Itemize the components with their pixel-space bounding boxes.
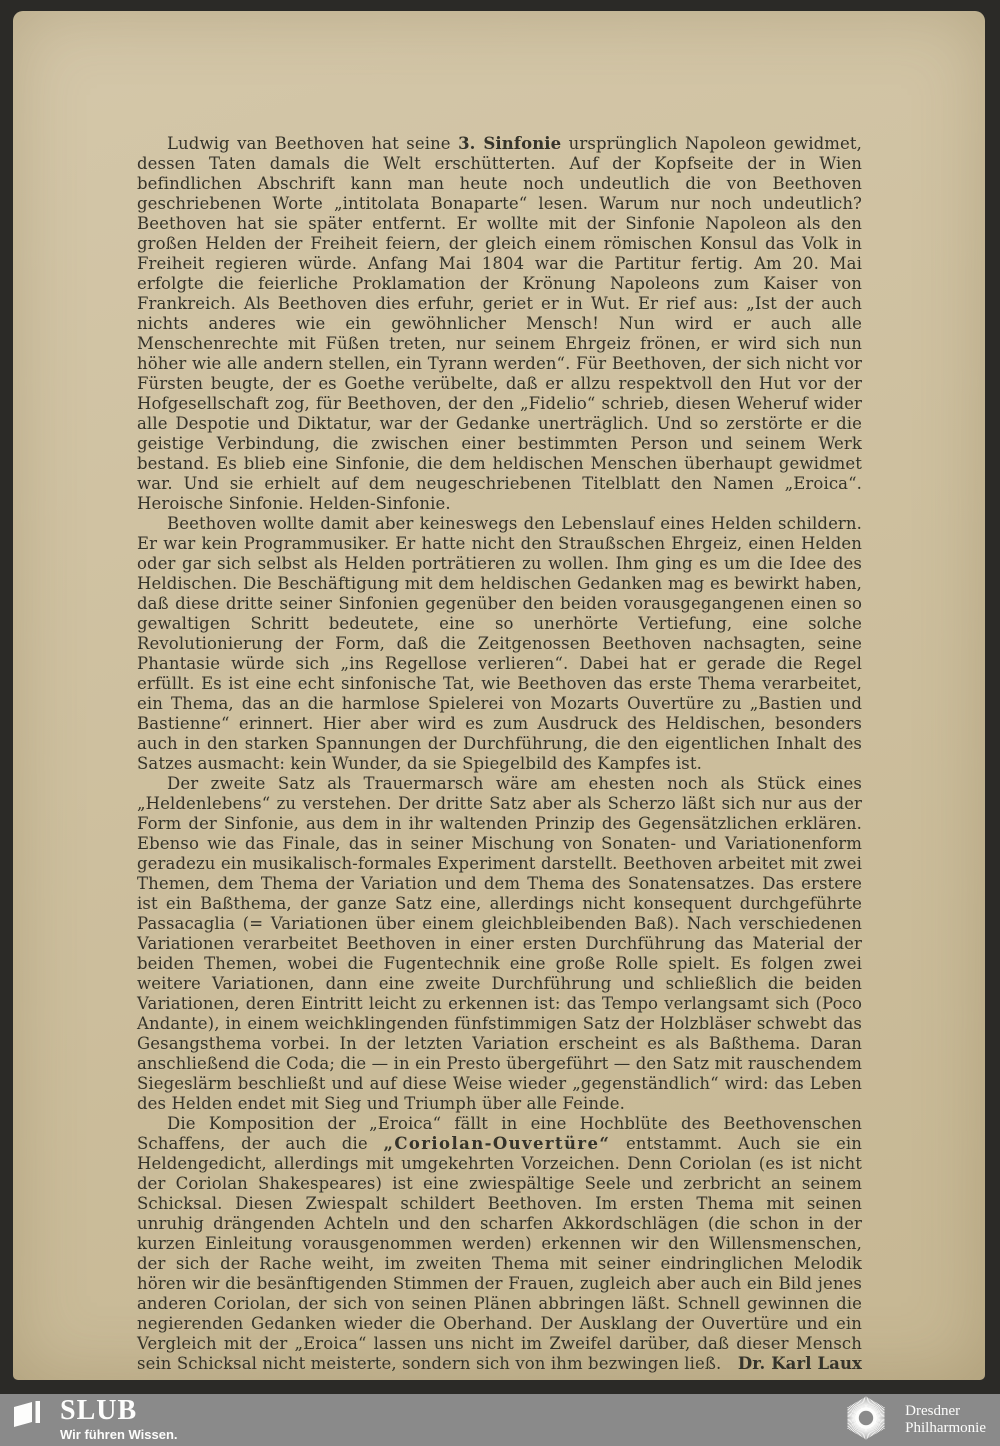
slub-wordmark: SLUB — [60, 1398, 178, 1424]
slub-logo: SLUB Wir führen Wissen. — [13, 1398, 178, 1442]
starburst-icon — [840, 1392, 892, 1446]
author-signature: Dr. Karl Laux — [738, 1354, 862, 1373]
slub-text: SLUB Wir führen Wissen. — [60, 1398, 178, 1442]
paper-sheet: Ludwig van Beethoven hat seine 3. Sinfon… — [13, 11, 985, 1380]
open-book-icon — [13, 1401, 43, 1432]
footer-bar: SLUB Wir führen Wissen. Dresdner Philhar… — [0, 1394, 1000, 1446]
paragraph: Die Komposition der „Eroica“ fällt in ei… — [137, 1114, 862, 1374]
slub-tagline: Wir führen Wissen. — [60, 1427, 178, 1442]
scan-viewer: { "document": { "paragraphs": [ { "segme… — [0, 0, 1000, 1446]
dresdner-philharmonie-text: Dresdner Philharmonie — [905, 1403, 986, 1437]
dp-line2: Philharmonie — [905, 1420, 986, 1437]
document-text: Ludwig van Beethoven hat seine 3. Sinfon… — [137, 134, 862, 1374]
paragraph: Beethoven wollte damit aber keineswegs d… — [137, 514, 862, 774]
paragraph: Der zweite Satz als Trauermarsch wäre am… — [137, 774, 862, 1114]
paragraphs-container: Ludwig van Beethoven hat seine 3. Sinfon… — [137, 134, 862, 1374]
dp-line1: Dresdner — [905, 1403, 986, 1420]
paragraph: Ludwig van Beethoven hat seine 3. Sinfon… — [137, 134, 862, 514]
dresdner-philharmonie-logo: Dresdner Philharmonie — [840, 1392, 986, 1446]
